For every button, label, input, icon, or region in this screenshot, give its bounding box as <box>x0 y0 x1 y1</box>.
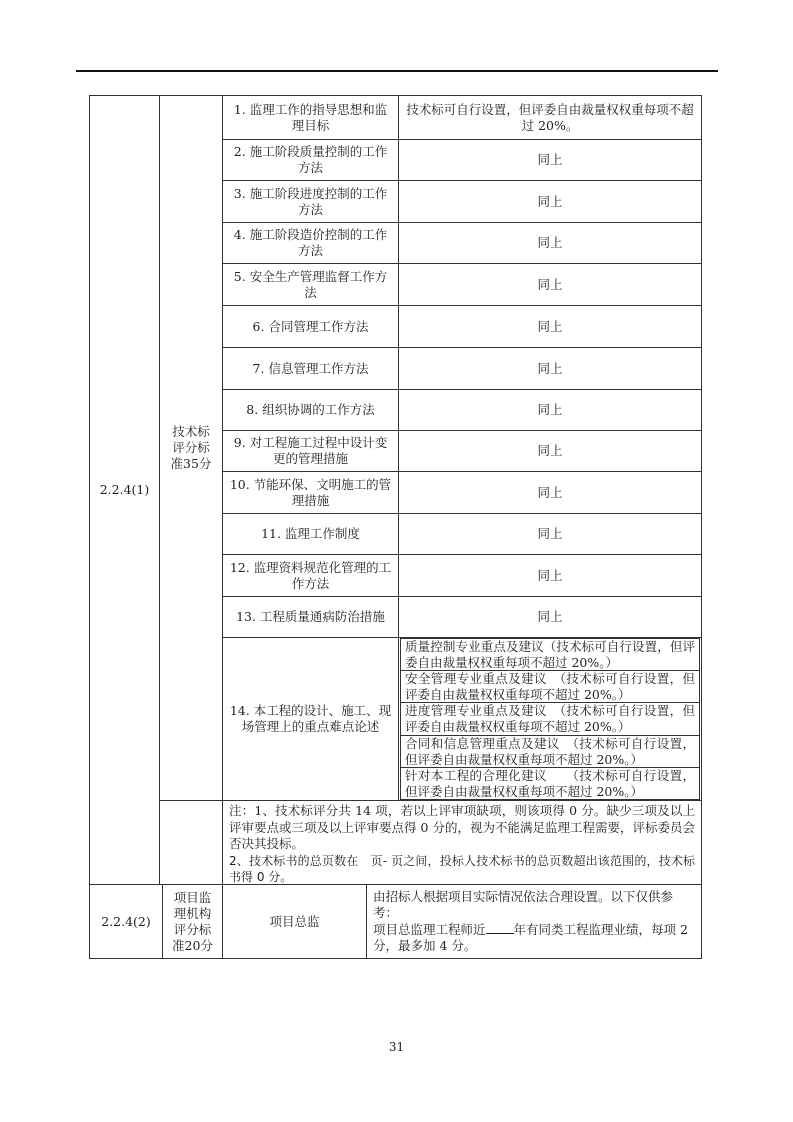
item-criteria: 同上 <box>398 389 702 431</box>
item-criteria: 同上 <box>398 222 702 264</box>
notes: 注：1、技术标评分共 14 项，若以上评审项缺项，则该项得 0 分。缺少三项及以… <box>222 800 702 885</box>
item-criteria: 同上 <box>398 513 702 555</box>
item-label: 1. 监理工作的指导思想和监理目标 <box>222 95 399 140</box>
item-criteria: 同上 <box>398 180 702 223</box>
section1-category: 技术标评分标准35分 <box>159 95 223 801</box>
section2-item: 项目总监 <box>222 884 367 959</box>
note-2: 2、技术标书的总页数在 页- 页之间，投标人技术标书的总页数超出该范围的，技术标… <box>229 853 695 886</box>
section2-code: 2.2.4(2) <box>89 884 163 959</box>
item-label: 10. 节能环保、文明施工的管理措施 <box>222 471 399 514</box>
item14-subitem: 针对本工程的合理化建议 （技术标可自行设置，但评委自由裁量权权重每项不超过 20… <box>400 767 700 800</box>
item14-subitem: 安全管理专业重点及建议 （技术标可自行设置，但评委自由裁量权权重每项不超过 20… <box>400 670 700 703</box>
item14-subitem: 质量控制专业重点及建议（技术标可自行设置，但评委自由裁量权权重每项不超过 20%… <box>400 638 700 671</box>
section2-criteria: 由招标人根据项目实际情况依法合理设置。以下仅供参考： 项目总监理工程师近年有同类… <box>366 884 702 959</box>
item-label: 4. 施工阶段造价控制的工作方法 <box>222 222 399 264</box>
item-criteria: 同上 <box>398 430 702 472</box>
section1-code: 2.2.4(1) <box>89 95 160 885</box>
item-label: 9. 对工程施工过程中设计变更的管理措施 <box>222 430 399 472</box>
item-label: 11. 监理工作制度 <box>222 513 399 555</box>
section2-category: 项目监理机构评分标准20分 <box>162 884 223 959</box>
item-label: 12. 监理资料规范化管理的工作方法 <box>222 554 399 597</box>
item-criteria: 同上 <box>398 305 702 348</box>
note-1: 注：1、技术标评分共 14 项，若以上评审项缺项，则该项得 0 分。缺少三项及以… <box>229 803 695 853</box>
item-criteria: 同上 <box>398 139 702 181</box>
item14-label: 14. 本工程的设计、施工、现场管理上的重点难点论述 <box>222 637 399 801</box>
item-criteria: 技术标可自行设置，但评委自由裁量权权重每项不超过 20%。 <box>398 95 702 140</box>
item-criteria: 同上 <box>398 596 702 638</box>
criteria-text-a: 项目总监理工程师近 <box>373 922 486 937</box>
item-label: 5. 安全生产管理监督工作方法 <box>222 263 399 306</box>
item-criteria: 同上 <box>398 263 702 306</box>
header-rule <box>76 70 718 72</box>
item-label: 3. 施工阶段进度控制的工作方法 <box>222 180 399 223</box>
section2-criteria-line2: 项目总监理工程师近年有同类工程监理业绩，每项 2 分，最多加 4 分。 <box>373 921 695 954</box>
item14-subitem: 进度管理专业重点及建议 （技术标可自行设置，但评委自由裁量权权重每项不超过 20… <box>400 702 700 736</box>
item-label: 13. 工程质量通病防治措施 <box>222 596 399 638</box>
item-criteria: 同上 <box>398 554 702 597</box>
item-label: 6. 合同管理工作方法 <box>222 305 399 348</box>
item-label: 2. 施工阶段质量控制的工作方法 <box>222 139 399 181</box>
item-label: 7. 信息管理工作方法 <box>222 347 399 390</box>
section2-criteria-line1: 由招标人根据项目实际情况依法合理设置。以下仅供参考： <box>373 889 695 921</box>
item14-subitem: 合同和信息管理重点及建议 （技术标可自行设置，但评委自由裁量权权重每项不超过 2… <box>400 735 700 768</box>
blank-field <box>486 921 514 934</box>
page-number: 31 <box>0 1040 793 1054</box>
item-criteria: 同上 <box>398 347 702 390</box>
item-criteria: 同上 <box>398 471 702 514</box>
item-label: 8. 组织协调的工作方法 <box>222 389 399 431</box>
